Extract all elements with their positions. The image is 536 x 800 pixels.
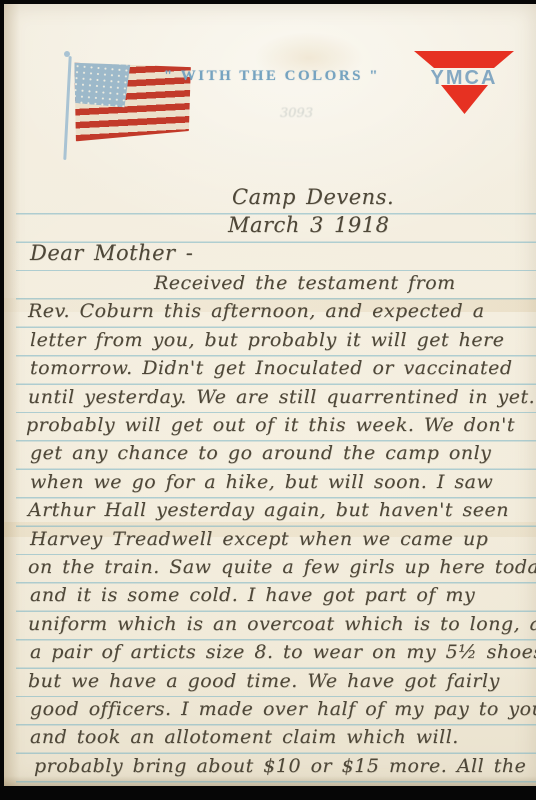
handwriting-line: probably bring about $10 or $15 more. Al… [34, 755, 526, 777]
scanned-letter-screenshot: " WITH THE COLORS " YMCA 3093 Camp Deven… [0, 0, 536, 800]
handwriting-line: Received the testament from [154, 272, 456, 294]
handwriting-line: good officers. I made over half of my pa… [30, 698, 536, 720]
handwriting-line: Rev. Coburn this afternoon, and expected… [28, 300, 485, 322]
letter-date: March 3 1918 [228, 213, 390, 237]
handwriting-line: get any chance to go around the camp onl… [30, 442, 491, 464]
handwriting-line: Arthur Hall yesterday again, but haven't… [28, 499, 509, 521]
handwriting-line: tomorrow. Didn't get Inoculated or vacci… [30, 357, 513, 379]
handwriting-line: on the train. Saw quite a few girls up h… [28, 556, 536, 578]
ymca-triangle-icon: YMCA [412, 44, 516, 130]
handwriting-line: letter from you, but probably it will ge… [30, 329, 505, 351]
handwriting-line: but we have a good time. We have got fai… [28, 670, 500, 692]
flag-pole [63, 56, 71, 160]
handwriting-line: when we go for a hike, but will soon. I … [30, 471, 493, 493]
us-flag-icon [52, 48, 202, 168]
handwriting-line: until yesterday. We are still quarrentin… [28, 386, 535, 408]
handwriting-line: and it is some cold. I have got part of … [30, 584, 475, 606]
letter-page: " WITH THE COLORS " YMCA 3093 Camp Deven… [4, 4, 536, 786]
with-the-colors-motto: " WITH THE COLORS " [142, 68, 402, 85]
handwriting-line: Harvey Treadwell except when we came up [30, 528, 488, 550]
flag-canton-stars [71, 57, 131, 108]
handwriting-line: a pair of articts size 8. to wear on my … [30, 641, 536, 663]
handwriting-line: probably will get out of it this week. W… [26, 414, 515, 436]
letter-salutation: Dear Mother - [30, 241, 193, 265]
letter-place: Camp Devens. [232, 185, 394, 209]
svg-text:YMCA: YMCA [431, 67, 498, 89]
faint-pencil-annotation: 3093 [280, 106, 313, 121]
handwriting-line: and took an allotoment claim which will. [30, 726, 459, 748]
handwriting-line: uniform which is an overcoat which is to… [28, 613, 536, 635]
